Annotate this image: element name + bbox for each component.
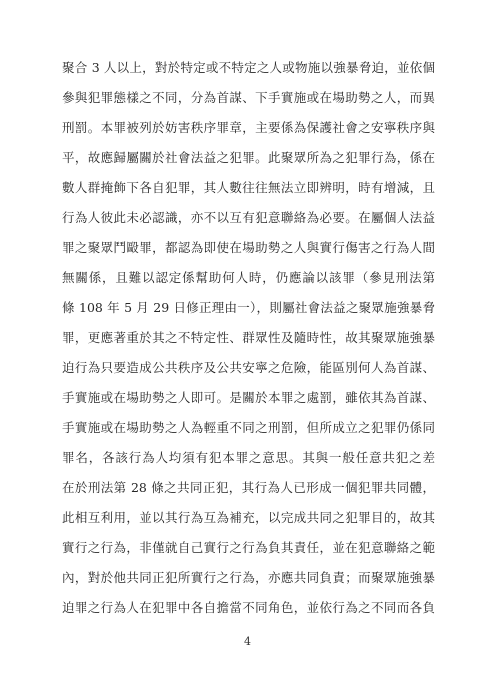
text-line: 數人群掩飾下各自犯罪，其人數往往無法立即辨明，時有增減，且各 <box>62 173 435 203</box>
text-line: 手實施或在場助勢之人為輕重不同之刑罰，但所成立之犯罪仍係同一 <box>62 413 435 443</box>
text-line: 迫行為只要造成公共秩序及公共安寧之危險，能區別何人為首謀、下 <box>62 353 435 383</box>
text-line: 罪，更應著重於其之不特定性、群眾性及隨時性，故其聚眾施強暴脅 <box>62 323 435 353</box>
text-line: 參與犯罪態樣之不同，分為首謀、下手實施或在場助勢之人，而異其 <box>62 83 435 113</box>
text-line: 迫罪之行為人在犯罪中各自擔當不同角色，並依行為之不同而各負相 <box>62 593 435 623</box>
page-number: 4 <box>0 635 495 648</box>
body-text: 聚合 3 人以上，對於特定或不特定之人或物施以強暴脅迫，並依個人 參與犯罪態樣之… <box>62 53 435 623</box>
text-line: 刑罰。本罪被列於妨害秩序罪章，主要係為保護社會之安寧秩序與和 <box>62 113 435 143</box>
text-line: 聚合 3 人以上，對於特定或不特定之人或物施以強暴脅迫，並依個人 <box>62 53 435 83</box>
text-line: 此相互利用，並以其行為互為補充，以完成共同之犯罪目的，故其所 <box>62 503 435 533</box>
text-line: 無關係，且難以認定係幫助何人時，仍應論以該罪（參見刑法第 283 <box>62 263 435 293</box>
text-line: 在於刑法第 28 條之共同正犯，其行為人已形成一個犯罪共同體，彼 <box>62 473 435 503</box>
text-line: 手實施或在場助勢之人即可。是關於本罪之處罰，雖依其為首謀、下 <box>62 383 435 413</box>
text-line: 罪之聚眾鬥毆罪，都認為即使在場助勢之人與實行傷害之行為人間均 <box>62 233 435 263</box>
text-line: 行為人彼此未必認識，亦不以互有犯意聯絡為必要。在屬個人法益犯 <box>62 203 435 233</box>
text-line: 罪名，各該行為人均須有犯本罪之意思。其與一般任意共犯之差別， <box>62 443 435 473</box>
page-container: 聚合 3 人以上，對於特定或不特定之人或物施以強暴脅迫，並依個人 參與犯罪態樣之… <box>0 0 495 700</box>
text-line: 內，對於他共同正犯所實行之行為，亦應共同負責；而聚眾施強暴脅 <box>62 563 435 593</box>
text-line: 平，故應歸屬關於社會法益之犯罪。此聚眾所為之犯罪行為，係在多 <box>62 143 435 173</box>
text-line: 條 108 年 5 月 29 日修正理由一），則屬社會法益之聚眾施強暴脅迫 <box>62 293 435 323</box>
document-page: { "page": { "lines": [ "聚合 3 人以上，對於特定或不特… <box>0 0 495 700</box>
text-line: 實行之行為，非僅就自己實行之行為負其責任，並在犯意聯絡之範圍 <box>62 533 435 563</box>
